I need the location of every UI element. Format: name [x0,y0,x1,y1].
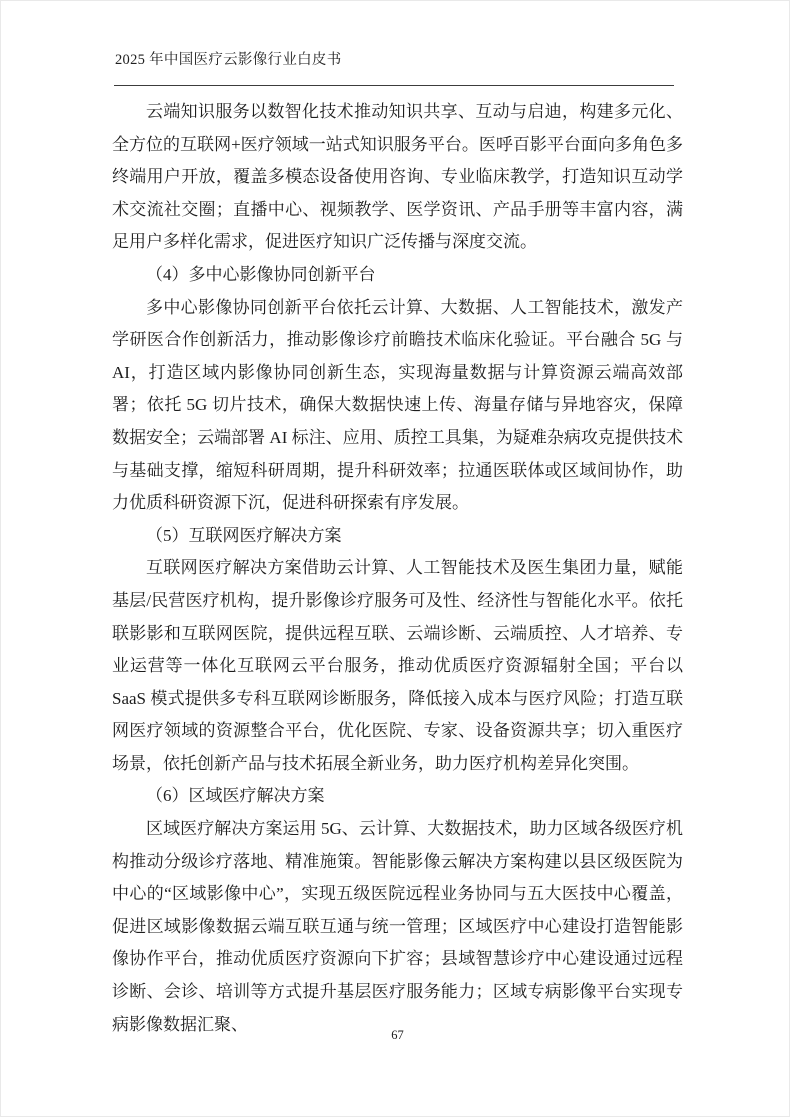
section-heading: （6）区域医疗解决方案 [112,780,683,813]
body-paragraph: 多中心影像协同创新平台依托云计算、大数据、人工智能技术，激发产学研医合作创新活力… [112,292,683,520]
section-heading: （5）互联网医疗解决方案 [112,520,683,553]
body-paragraph: 互联网医疗解决方案借助云计算、人工智能技术及医生集团力量，赋能基层/民营医疗机构… [112,552,683,780]
document-body: 云端知识服务以数智化技术推动知识共享、互动与启迪，构建多元化、全方位的互联网+医… [112,96,683,1041]
body-paragraph: 区域医疗解决方案运用 5G、云计算、大数据技术，助力区域各级医疗机构推动分级诊疗… [112,813,683,1041]
header-rule [114,85,674,86]
page-number: 67 [112,1028,683,1043]
running-header-title: 2025 年中国医疗云影像行业白皮书 [115,50,342,70]
document-page: 2025 年中国医疗云影像行业白皮书 云端知识服务以数智化技术推动知识共享、互动… [0,0,790,1117]
section-heading: （4）多中心影像协同创新平台 [112,259,683,292]
body-paragraph: 云端知识服务以数智化技术推动知识共享、互动与启迪，构建多元化、全方位的互联网+医… [112,96,683,259]
